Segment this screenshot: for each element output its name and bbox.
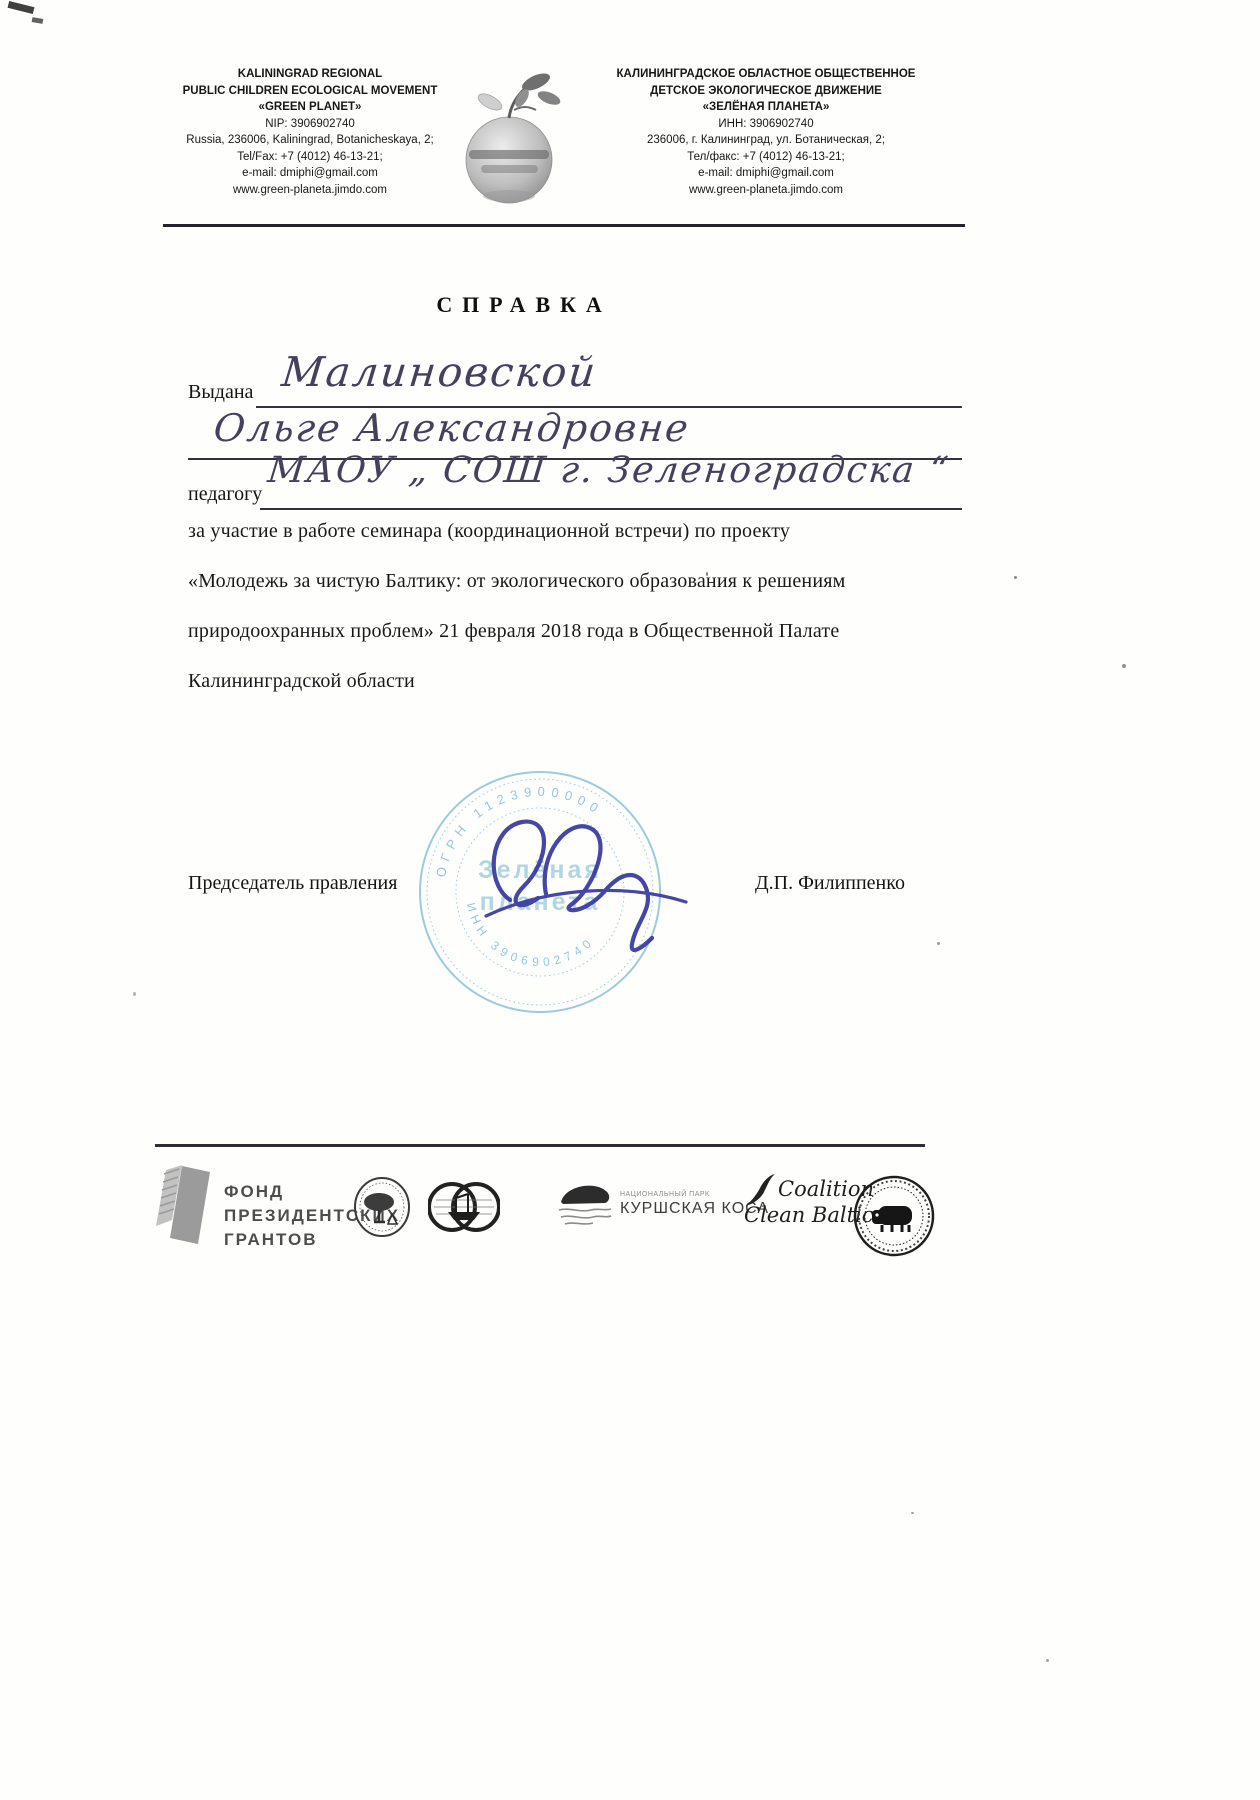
chairman-signature: [480, 798, 712, 966]
body-text-line: природоохранных проблем» 21 февраля 2018…: [188, 620, 839, 643]
footer-divider: [155, 1144, 925, 1147]
signer-title: Председатель правления: [188, 872, 397, 895]
body-text-line: за участие в работе семинара (координаци…: [188, 520, 790, 543]
kurshskaya-kosa-icon: [555, 1176, 615, 1232]
kaliningrad-zoo-seal-icon: [852, 1174, 936, 1258]
scan-artifact: [1014, 576, 1017, 579]
org-nip: NIP: 3906902740: [172, 116, 448, 133]
role-label: педагогу: [188, 483, 262, 506]
presidential-grants-fund-icon: [152, 1158, 214, 1250]
tree-emblem-icon: [352, 1176, 412, 1238]
org-website-ru: www.green-planeta.jimdo.com: [566, 182, 966, 199]
org-name-en: PUBLIC CHILDREN ECOLOGICAL MOVEMENT: [172, 83, 448, 100]
fill-in-line: [260, 508, 962, 510]
scan-artifact: [1046, 1659, 1049, 1662]
org-website-en: www.green-planeta.jimdo.com: [172, 182, 448, 199]
header-divider: [163, 224, 965, 227]
signer-name: Д.П. Филиппенко: [755, 872, 905, 895]
scan-artifact: [8, 1, 35, 14]
scan-artifact: [1122, 664, 1126, 668]
org-name-en: KALININGRAD REGIONAL: [172, 66, 448, 83]
issued-to-label: Выдана: [188, 381, 253, 404]
org-address-ru: 236006, г. Калининград, ул. Ботаническая…: [566, 132, 966, 149]
handwritten-school: МАОУ „ СОШ г. Зеленоградска “: [266, 450, 952, 491]
org-name-ru: КАЛИНИНГРАДСКОЕ ОБЛАСТНОЕ ОБЩЕСТВЕННОЕ: [566, 66, 966, 83]
header-right-column: КАЛИНИНГРАДСКОЕ ОБЛАСТНОЕ ОБЩЕСТВЕННОЕ Д…: [566, 66, 966, 198]
org-phone-en: Tel/Fax: +7 (4012) 46-13-21;: [172, 149, 448, 166]
body-text-line: «Молодежь за чистую Балтику: от экологич…: [188, 570, 845, 593]
scan-artifact: [32, 17, 44, 24]
scanned-certificate-page: KALININGRAD REGIONAL PUBLIC CHILDREN ECO…: [0, 0, 1260, 1800]
org-email-ru: e-mail: dmiphi@gmail.com: [566, 165, 966, 182]
org-phone-ru: Тел/факс: +7 (4012) 46-13-21;: [566, 149, 966, 166]
document-title: СПРАВКА: [64, 292, 984, 318]
org-email-en: e-mail: dmiphi@gmail.com: [172, 165, 448, 182]
scan-artifact: [937, 942, 940, 945]
org-address-en: Russia, 236006, Kaliningrad, Botanichesk…: [172, 132, 448, 149]
body-text-line: Калининградской области: [188, 670, 415, 693]
scan-artifact: [911, 1512, 914, 1514]
org-name-ru: «ЗЕЛЁНАЯ ПЛАНЕТА»: [566, 99, 966, 116]
org-name-ru: ДЕТСКОЕ ЭКОЛОГИЧЕСКОЕ ДВИЖЕНИЕ: [566, 83, 966, 100]
handwritten-surname: Малиновской: [279, 348, 599, 396]
header-left-column: KALININGRAD REGIONAL PUBLIC CHILDREN ECO…: [172, 66, 448, 198]
org-inn: ИНН: 3906902740: [566, 116, 966, 133]
org-name-en: «GREEN PLANET»: [172, 99, 448, 116]
scan-artifact: [133, 992, 136, 996]
scan-artifact: [706, 572, 708, 576]
ship-emblem-icon: [428, 1178, 500, 1236]
green-planet-globe-icon: [452, 70, 568, 206]
handwritten-name-patronymic: Ольге Александровне: [212, 406, 692, 450]
